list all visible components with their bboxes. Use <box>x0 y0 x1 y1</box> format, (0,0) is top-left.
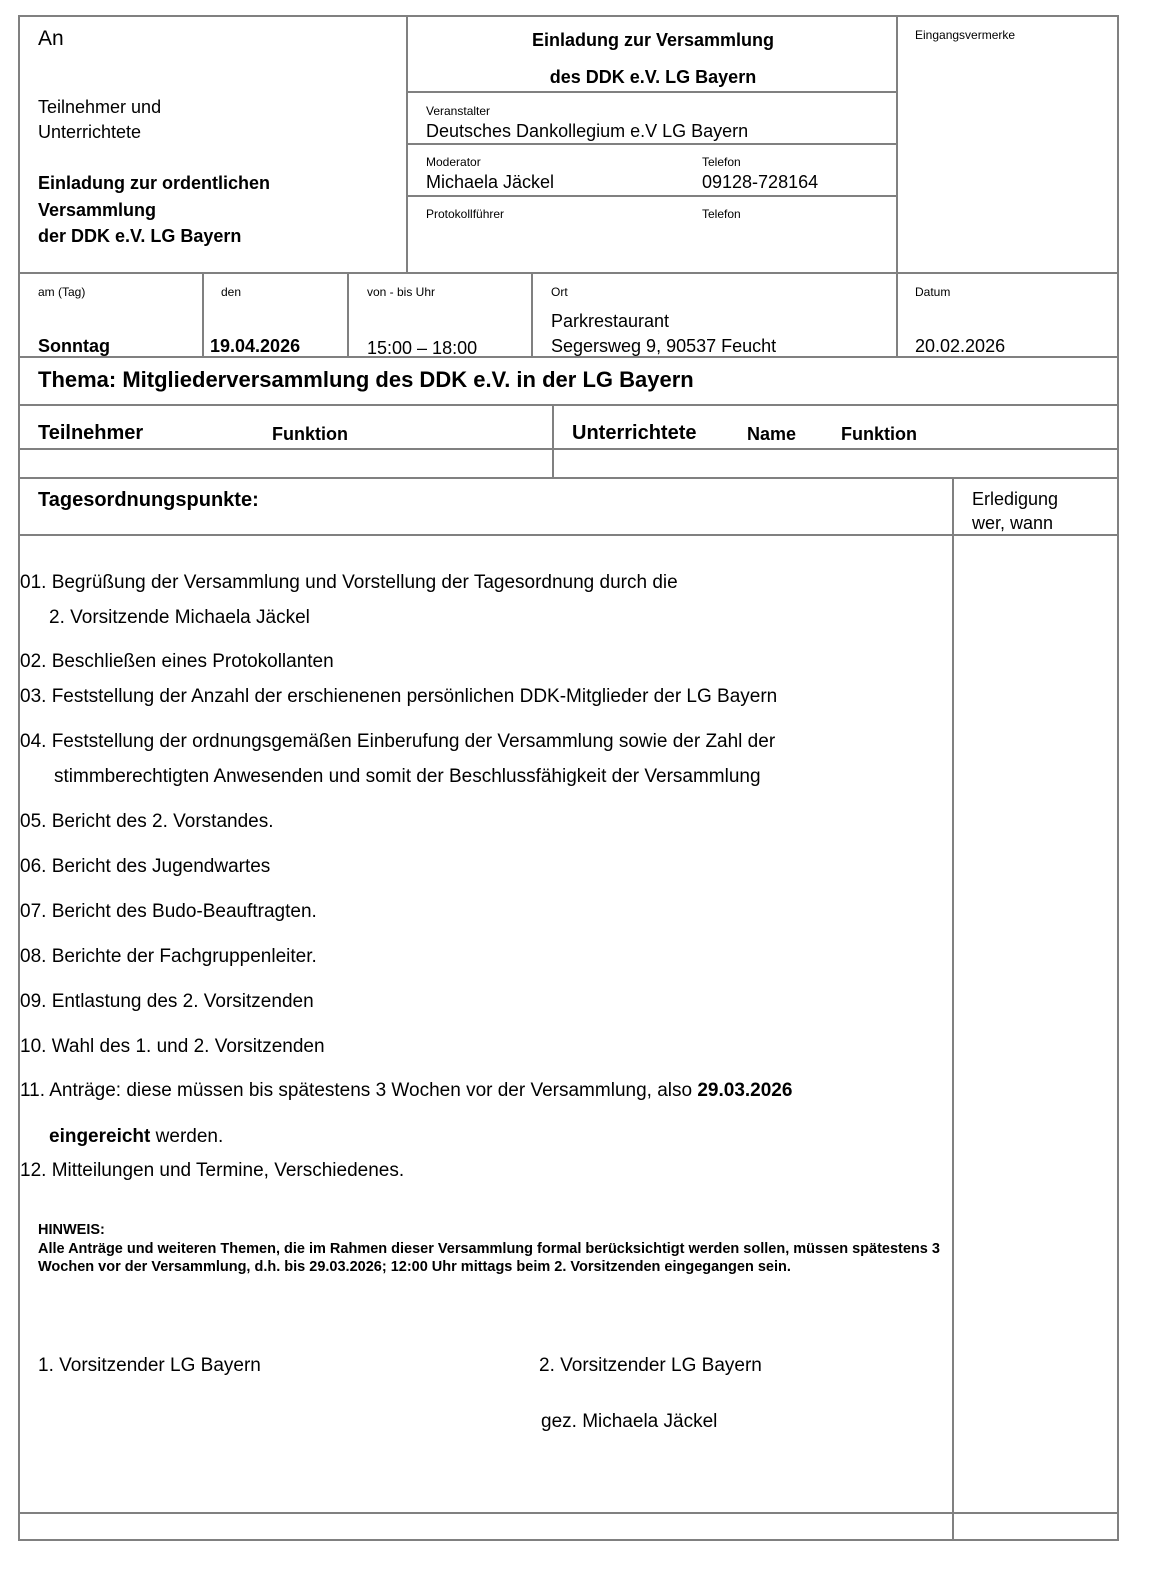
place-line-2: Segersweg 9, 90537 Feucht <box>551 337 776 355</box>
day-label: am (Tag) <box>38 286 85 298</box>
minute-taker-phone-label: Telefon <box>702 208 741 220</box>
agenda-item: 11. Anträge: diese müssen bis spätestens… <box>20 1081 792 1100</box>
organizer-value: Deutsches Dankollegium e.V LG Bayern <box>426 122 748 140</box>
time-label: von - bis Uhr <box>367 286 435 298</box>
agenda-item: 06. Bericht des Jugendwartes <box>20 857 270 876</box>
agenda-item: 02. Beschließen eines Protokollanten <box>20 652 334 671</box>
participants-function-label: Funktion <box>272 425 348 443</box>
agenda-item: 07. Bericht des Budo-Beauftragten. <box>20 902 317 921</box>
moderator-phone-label: Telefon <box>702 156 741 168</box>
agenda-item: 08. Berichte der Fachgruppenleiter. <box>20 947 317 966</box>
minute-taker-label: Protokollführer <box>426 208 504 220</box>
invitation-title-line-2: Versammlung <box>38 201 156 219</box>
informed-name-label: Name <box>747 425 796 443</box>
center-title-line-1: Einladung zur Versammlung <box>408 31 898 49</box>
receipt-notes-label: Eingangsvermerke <box>915 29 1015 41</box>
place-label: Ort <box>551 286 568 298</box>
agenda-item: 09. Entlastung des 2. Vorsitzenden <box>20 992 314 1011</box>
done-label-line-2: wer, wann <box>972 514 1053 532</box>
agenda-item: 03. Feststellung der Anzahl der erschien… <box>20 687 777 706</box>
to-label: An <box>38 28 64 49</box>
moderator-phone-value: 09128-728164 <box>702 173 818 191</box>
second-chair-signature-label: 2. Vorsitzender LG Bayern <box>539 1356 762 1375</box>
place-line-1: Parkrestaurant <box>551 312 669 330</box>
date-value: 19.04.2026 <box>210 337 300 355</box>
invitation-title-line-3: der DDK e.V. LG Bayern <box>38 227 241 245</box>
agenda-item: eingereicht werden. <box>49 1127 223 1146</box>
informed-label: Unterrichtete <box>572 423 696 443</box>
agenda-item: stimmberechtigten Anwesenden und somit d… <box>54 767 761 786</box>
agenda-item: 04. Feststellung der ordnungsgemäßen Ein… <box>20 732 775 751</box>
agenda-title: Tagesordnungspunkte: <box>38 490 259 510</box>
topic-heading: Thema: Mitgliederversammlung des DDK e.V… <box>38 369 694 391</box>
time-value: 15:00 – 18:00 <box>367 339 477 357</box>
agenda-item: 12. Mitteilungen und Termine, Verschiede… <box>20 1161 404 1180</box>
organizer-label: Veranstalter <box>426 105 490 117</box>
day-value: Sonntag <box>38 337 110 355</box>
notice-title: HINWEIS: <box>38 1222 948 1240</box>
agenda-item: 2. Vorsitzende Michaela Jäckel <box>49 608 310 627</box>
first-chair-signature-label: 1. Vorsitzender LG Bayern <box>38 1356 261 1375</box>
issue-date-value: 20.02.2026 <box>915 337 1005 355</box>
moderator-value: Michaela Jäckel <box>426 173 554 191</box>
agenda-item: 10. Wahl des 1. und 2. Vorsitzenden <box>20 1037 325 1056</box>
recipients-line-2: Unterrichtete <box>38 123 141 141</box>
deadline-date: 29.03.2026 <box>697 1080 792 1101</box>
informed-function-label: Funktion <box>841 425 917 443</box>
recipients-line-1: Teilnehmer und <box>38 98 161 116</box>
second-chair-signature: gez. Michaela Jäckel <box>541 1412 717 1431</box>
participants-label: Teilnehmer <box>38 423 143 443</box>
invitation-title-line-1: Einladung zur ordentlichen <box>38 174 270 192</box>
center-title-line-2: des DDK e.V. LG Bayern <box>408 68 898 86</box>
agenda-item: 05. Bericht des 2. Vorstandes. <box>20 812 274 831</box>
issue-date-label: Datum <box>915 286 950 298</box>
notice-text: Alle Anträge und weiteren Themen, die im… <box>38 1241 948 1276</box>
date-label: den <box>221 286 241 298</box>
moderator-label: Moderator <box>426 156 481 168</box>
agenda-item: 01. Begrüßung der Versammlung und Vorste… <box>20 573 678 592</box>
done-label-line-1: Erledigung <box>972 490 1058 508</box>
